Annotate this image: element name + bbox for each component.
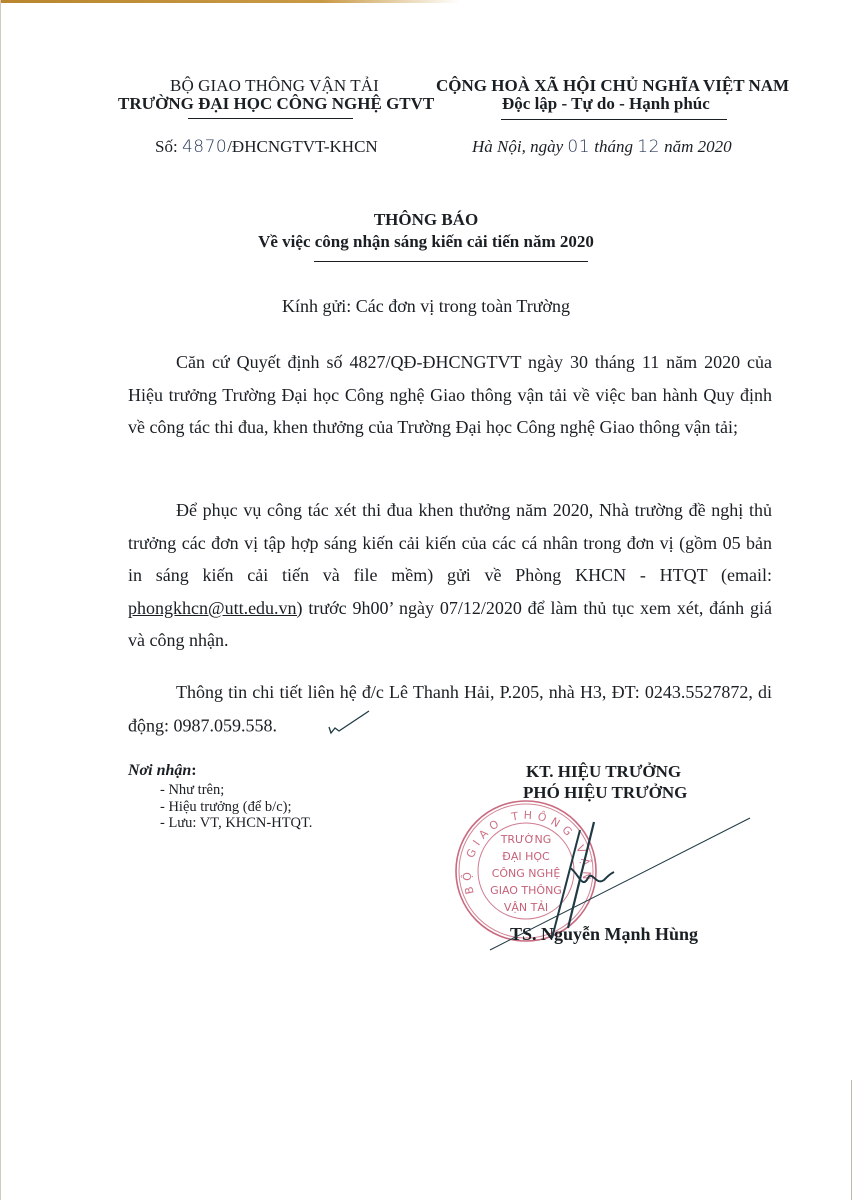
document-type: THÔNG BÁO xyxy=(0,210,852,230)
date-month-label: tháng xyxy=(590,137,637,156)
recipients-label: Nơi nhận: xyxy=(128,762,197,780)
scan-edge-top xyxy=(0,0,460,3)
doc-number-suffix: /ĐHCNGTVT-KHCN xyxy=(227,137,378,156)
recipient-item: - Lưu: VT, KHCN-HTQT. xyxy=(160,815,312,832)
subject-underline xyxy=(314,261,588,262)
paragraph-2-text-before: Để phục vụ công tác xét thi đua khen thư… xyxy=(128,500,772,585)
university-underline xyxy=(188,118,353,119)
recipients-label-text: Nơi nhận xyxy=(128,762,191,779)
university-name: TRƯỜNG ĐẠI HỌC CÔNG NGHỆ GTVT xyxy=(118,94,434,114)
contact-info: Thông tin chi tiết liên hệ đ/c Lê Thanh … xyxy=(128,682,772,735)
email-link[interactable]: phongkhcn@utt.edu.vn) xyxy=(128,598,303,618)
handwritten-signature xyxy=(470,800,790,960)
body-paragraph-2: Để phục vụ công tác xét thi đua khen thư… xyxy=(128,494,772,657)
date-year-label: năm 2020 xyxy=(660,137,732,156)
ministry-name: BỘ GIAO THÔNG VẬN TẢI xyxy=(170,76,379,96)
document-number: Số: 4870/ĐHCNGTVT-KHCN xyxy=(155,137,378,157)
recipients-list: - Như trên; - Hiệu trưởng (để b/c); - Lư… xyxy=(160,782,312,832)
checkmark-initial-icon xyxy=(279,709,371,746)
addressee: Kính gửi: Các đơn vị trong toàn Trường xyxy=(0,296,852,317)
country-name: CỘNG HOÀ XÃ HỘI CHỦ NGHĨA VIỆT NAM xyxy=(436,76,789,96)
body-paragraph-1: Căn cứ Quyết định số 4827/QĐ-ĐHCNGTVT ng… xyxy=(128,346,772,444)
scan-edge-left xyxy=(0,0,1,1200)
national-motto: Độc lập - Tự do - Hạnh phúc xyxy=(502,94,710,114)
recipients-label-colon: : xyxy=(191,762,196,779)
motto-underline xyxy=(501,119,727,120)
body-paragraph-3: Thông tin chi tiết liên hệ đ/c Lê Thanh … xyxy=(128,676,772,745)
date-month-handwritten: 12 xyxy=(637,137,660,157)
date-day-handwritten: 01 xyxy=(567,137,590,157)
signer-authority: KT. HIỆU TRƯỞNG xyxy=(526,762,681,782)
recipient-item: - Hiệu trưởng (để b/c); xyxy=(160,799,312,816)
date-prefix: Hà Nội, ngày xyxy=(472,137,567,156)
doc-number-handwritten: 4870 xyxy=(182,137,227,157)
doc-number-prefix: Số: xyxy=(155,137,182,156)
document-subject: Về việc công nhận sáng kiến cải tiến năm… xyxy=(0,232,852,252)
recipient-item: - Như trên; xyxy=(160,782,312,799)
document-date: Hà Nội, ngày 01 tháng 12 năm 2020 xyxy=(472,137,732,157)
